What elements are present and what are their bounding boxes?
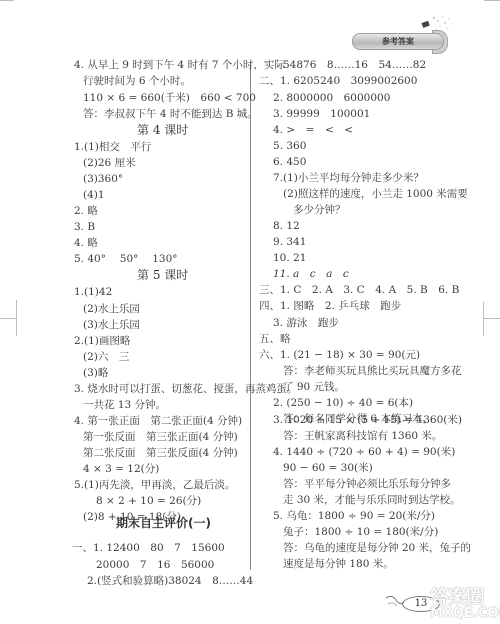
crop-mark-left-horizontal (0, 318, 16, 319)
answer-line: 2.(竖式和验算略)38024 8……44 (87, 574, 253, 588)
answer-line: 4. 1440 ÷ (720 ÷ 60 + 4) = 90(米) (273, 445, 455, 459)
watermark-logo-text: 答案圈 (430, 582, 484, 609)
answer-line: 7.(1)小兰平均每分钟走多少米？ (273, 171, 424, 185)
answer-line: 一共花 13 分钟。 (83, 398, 166, 412)
answer-line: 3. 游泳 跑步 (273, 316, 339, 330)
answer-line: 3. B (74, 220, 95, 234)
answer-line: 四、1. 图略 2. 乒乓球 跑步 (259, 299, 401, 313)
answer-line: 走 30 米，才能与乐乐同时到达学校。 (283, 493, 461, 507)
answer-line: 了 90 元钱。 (283, 380, 345, 394)
answer-line: 五、略 (259, 332, 291, 346)
answer-line: 10. 21 (273, 251, 306, 265)
answer-line: (3)360° (83, 172, 123, 186)
answer-line: 8. 12 (273, 219, 300, 233)
answer-line: (3)略 (83, 366, 108, 380)
answer-line: 11. a c a c (273, 267, 349, 281)
answer-line: 速度是每分钟 180 米。 (283, 557, 394, 571)
answer-line: (2)六 三 (83, 350, 129, 364)
answer-line: 9. 341 (273, 235, 306, 249)
answer-line: 5. 乌龟：1800 ÷ 90 = 20(米/分) (273, 509, 435, 523)
answer-line: (2)26 厘米 (83, 156, 136, 170)
answer-line: 4. 从早上 9 时到下午 4 时有 7 个小时，实际 (74, 58, 285, 72)
answer-line: 多少分钟？ (293, 203, 346, 217)
crop-mark-top-left (0, 0, 14, 1)
answer-line: 90 − 60 = 30(米) (283, 461, 373, 475)
answer-line: 20000 7 16 56000 (96, 558, 214, 572)
answer-line: 兔子：1800 ÷ 10 = 180(米/分) (283, 525, 438, 539)
answer-line: 1.(1)相交 平行 (74, 140, 151, 154)
answer-line: 54876 8……16 54……82 (283, 58, 426, 72)
answer-line: 3. 99999 100001 (273, 107, 370, 121)
answer-line: 8 × 2 + 10 = 26(分) (96, 494, 201, 508)
answer-line: 4. 略 (74, 236, 98, 250)
answer-line: 6. 450 (273, 155, 306, 169)
answer-line: 5. 40° 50° 130° (74, 252, 178, 266)
answer-line: 三、1. C 2. A 3. C 4. A 5. B 6. B (259, 283, 459, 297)
answer-line: 六、1. (21 − 18) × 30 = 90(元) (259, 348, 420, 362)
section-heading-lesson-5: 第 5 课时 (137, 268, 188, 282)
watermark: 答案圈 MXQE.COM (430, 582, 500, 624)
answer-line: (4)1 (83, 188, 105, 202)
answer-line: 二、1. 6205240 3099002600 (259, 74, 417, 88)
answer-line: 4. > = < < (273, 123, 353, 137)
answer-line: 第二张反面 第三张反面(4 分钟) (83, 446, 238, 460)
answer-line: 5.(1)丙先淡，甲再淡，乙最后淡。 (74, 478, 235, 492)
answer-line: 3. 烧水时可以打蛋、切葱花、搅蛋，再蒸鸡蛋。 (74, 382, 297, 396)
answer-line: 2. 8000000 6000000 (273, 91, 390, 105)
answer-line: 1.(1)42 (74, 285, 112, 299)
answer-line: 答：王帆家离科技馆有 1360 米。 (283, 429, 442, 443)
section-badge: 参考答案 (352, 33, 444, 50)
section-heading-final-review: 期末自主评价(一) (116, 516, 211, 530)
answer-line: 答：乌龟的速度是每分钟 20 米，兔子的 (283, 541, 471, 555)
answer-line: 3. 1020 ÷ 15 × (5 + 15) = 1360(米) (273, 413, 462, 427)
answer-line: 5. 360 (273, 139, 306, 153)
answer-line: (2)水上乐园 (83, 302, 140, 316)
answer-line: 答：李老师买玩具熊比买玩具魔方多花 (283, 364, 462, 378)
answer-line: 2. 略 (74, 204, 98, 218)
crop-mark-left-vertical (16, 300, 17, 336)
answer-line: 答：李叔叔下午 4 时不能到达 B 城。 (83, 107, 258, 121)
answer-line: (3)水上乐园 (83, 318, 140, 332)
crop-mark-right-horizontal (483, 318, 500, 319)
answer-line: 一、1. 12400 80 7 15600 (72, 541, 225, 555)
answer-line: 第一张反面 第三张正面(4 分钟) (83, 430, 238, 444)
answer-line: 答：平平每分钟必须比乐乐每分钟多 (283, 477, 451, 491)
answer-line: 2.(1)画图略 (74, 334, 130, 348)
section-heading-lesson-4: 第 4 课时 (137, 123, 188, 137)
watermark-domain-text: MXQE.COM (430, 606, 500, 621)
answer-line: (2)照这样的速度，小兰走 1000 米需要 (283, 187, 468, 201)
answer-line: 行驶时间为 6 个小时。 (83, 74, 191, 88)
answer-line: 4. 第一张正面 第二张正面(4 分钟) (74, 414, 242, 428)
answer-line: 2. (250 − 10) ÷ 40 = 6(本) (273, 396, 413, 410)
crop-mark-top-right (484, 0, 500, 1)
crop-mark-right-vertical (483, 302, 484, 336)
column-divider (250, 62, 251, 570)
answer-line: 110 × 6 = 660(千米) 660 < 700 (83, 91, 256, 105)
answer-line: 4 × 3 = 12(分) (83, 462, 159, 476)
